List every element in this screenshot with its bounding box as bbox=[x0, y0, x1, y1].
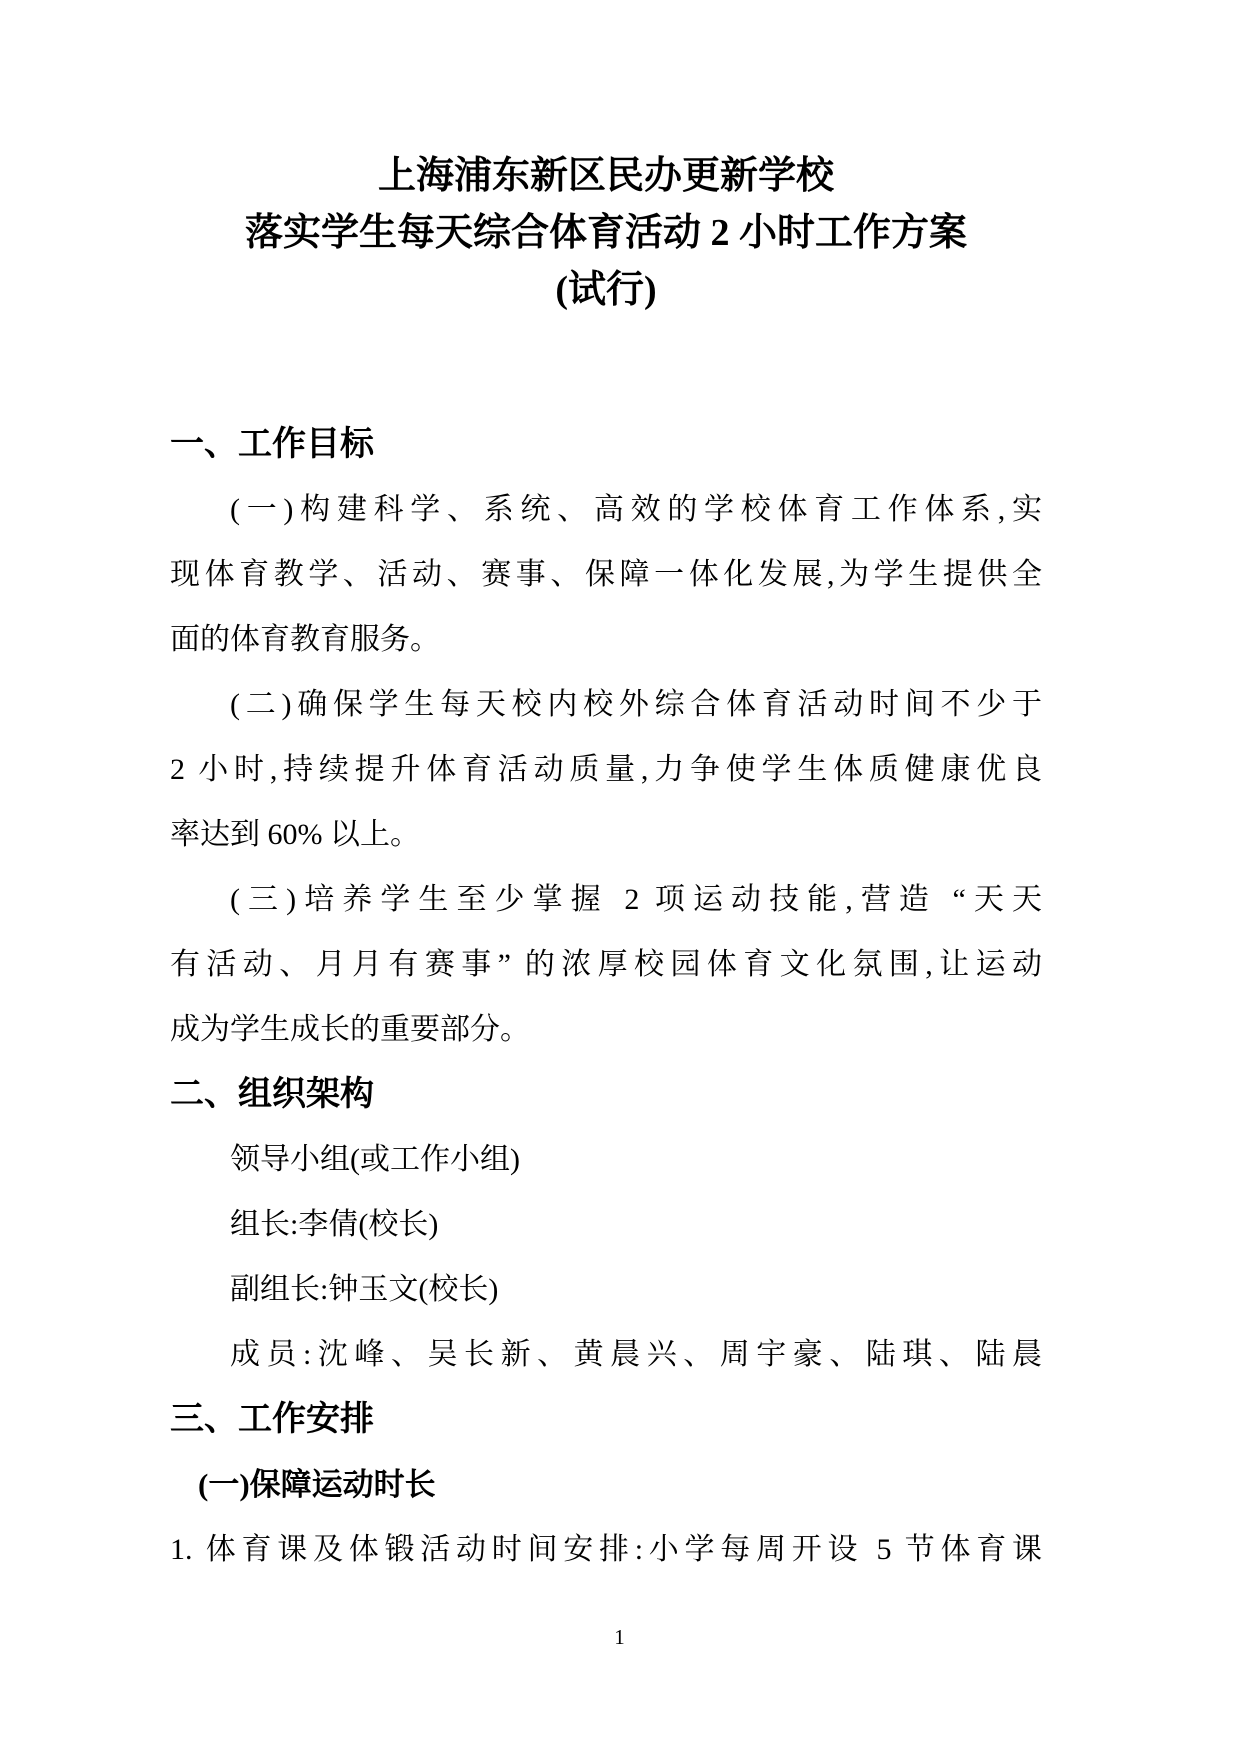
org-line-leader: 组长:李倩(校长) bbox=[170, 1192, 1042, 1257]
section-3-item-1: 1. 体育课及体锻活动时间安排:小学每周开设 5 节体育课 bbox=[170, 1517, 1042, 1582]
paragraph-2-line: (二)确保学生每天校内校外综合体育活动时间不少于 bbox=[170, 672, 1042, 737]
paragraph-2-line: 率达到 60% 以上。 bbox=[170, 802, 1042, 867]
paragraph-3-line: 成为学生成长的重要部分。 bbox=[170, 997, 1042, 1062]
title-line-3: (试行) bbox=[170, 262, 1042, 319]
title-line-2: 落实学生每天综合体育活动 2 小时工作方案 bbox=[170, 205, 1042, 262]
paragraph-2-line: 2 小时,持续提升体育活动质量,力争使学生体质健康优良 bbox=[170, 737, 1042, 802]
paragraph-3-line: (三)培养学生至少掌握 2 项运动技能,营造 “天天 bbox=[170, 867, 1042, 932]
paragraph-1-line: (一)构建科学、系统、高效的学校体育工作体系,实 bbox=[170, 477, 1042, 542]
org-line-leading-group: 领导小组(或工作小组) bbox=[170, 1127, 1042, 1192]
document-title: 上海浦东新区民办更新学校 落实学生每天综合体育活动 2 小时工作方案 (试行) bbox=[170, 148, 1042, 319]
section-1-heading: 一、工作目标 bbox=[170, 412, 1042, 477]
document-body: 一、工作目标 (一)构建科学、系统、高效的学校体育工作体系,实 现体育教学、活动… bbox=[170, 412, 1042, 1582]
paragraph-1-line: 面的体育教育服务。 bbox=[170, 607, 1042, 672]
document-page: 上海浦东新区民办更新学校 落实学生每天综合体育活动 2 小时工作方案 (试行) … bbox=[0, 0, 1239, 1754]
page-number: 1 bbox=[0, 1622, 1239, 1652]
org-line-members: 成员:沈峰、吴长新、黄晨兴、周宇豪、陆琪、陆晨 bbox=[170, 1322, 1042, 1387]
paragraph-3-line: 有活动、月月有赛事” 的浓厚校园体育文化氛围,让运动 bbox=[170, 932, 1042, 997]
paragraph-1-line: 现体育教学、活动、赛事、保障一体化发展,为学生提供全 bbox=[170, 542, 1042, 607]
title-line-1: 上海浦东新区民办更新学校 bbox=[170, 148, 1042, 205]
org-line-deputy-leader: 副组长:钟玉文(校长) bbox=[170, 1257, 1042, 1322]
section-2-heading: 二、组织架构 bbox=[170, 1062, 1042, 1127]
section-3-heading: 三、工作安排 bbox=[170, 1387, 1042, 1452]
section-3-subheading: (一)保障运动时长 bbox=[170, 1452, 1042, 1517]
